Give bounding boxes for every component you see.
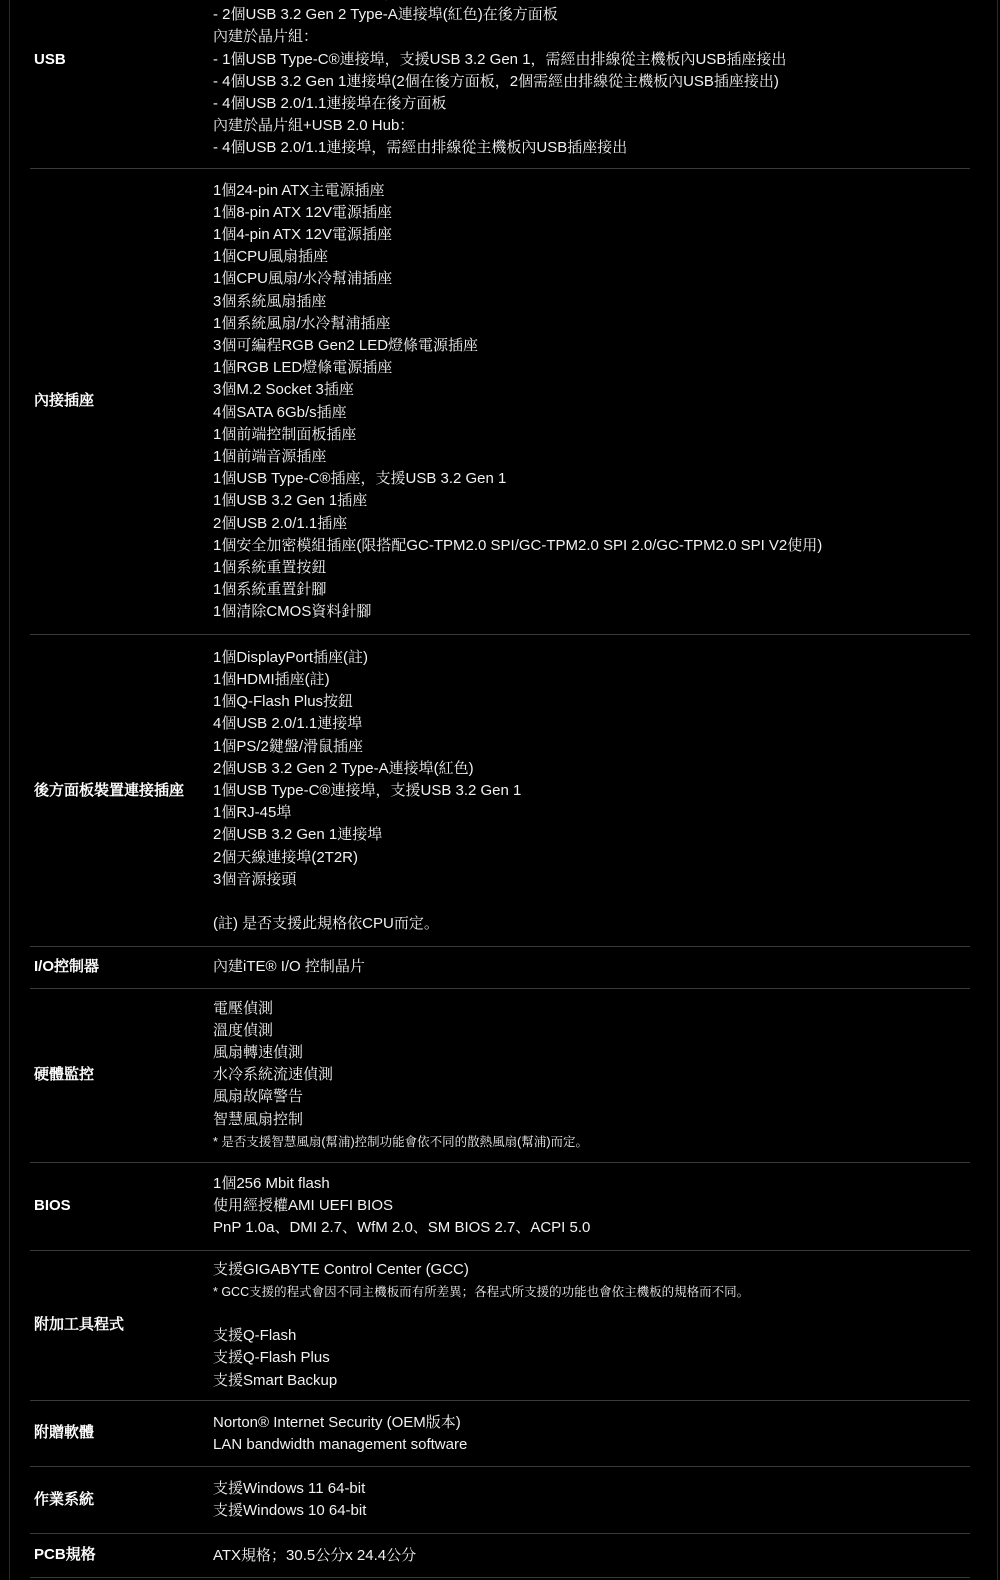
spec-line: 電壓偵測	[213, 998, 967, 1020]
spec-line: 內建iTE® I/O 控制晶片	[213, 956, 967, 978]
spec-line: 1個CPU風扇/水冷幫浦插座	[213, 268, 967, 290]
spec-row-hw-monitor: 硬體監控電壓偵測溫度偵測風扇轉速偵測水冷系統流速偵測風扇故障警告智慧風扇控制* …	[10, 989, 997, 1162]
spec-line: - 4個USB 3.2 Gen 1連接埠(2個在後方面板，2個需經由排線從主機板…	[213, 71, 967, 93]
spec-line: PnP 1.0a、DMI 2.7、WfM 2.0、SM BIOS 2.7、ACP…	[213, 1217, 967, 1239]
spec-label-bundled-software: 附贈軟體	[10, 1422, 213, 1444]
spec-label-pcb: PCB規格	[10, 1544, 213, 1566]
spec-line: 1個RJ-45埠	[213, 802, 967, 824]
spec-label-usb: USB	[10, 49, 213, 71]
spec-line: 1個前端控制面板插座	[213, 424, 967, 446]
spec-line	[213, 891, 967, 913]
spec-line: Norton® Internet Security (OEM版本)	[213, 1412, 967, 1434]
spec-line: 1個DisplayPort插座(註)	[213, 647, 967, 669]
spec-line: 1個前端音源插座	[213, 446, 967, 468]
spec-content-bios: 1個256 Mbit flash使用經授權AMI UEFI BIOSPnP 1.…	[213, 1163, 997, 1250]
spec-line: 3個系統風扇插座	[213, 291, 967, 313]
spec-line: 2個USB 3.2 Gen 1連接埠	[213, 824, 967, 846]
row-divider	[30, 1577, 970, 1578]
spec-page: { "page": { "colors": { "background": "#…	[0, 0, 1000, 1580]
spec-content-usb: - 1個USB Type-C®連接埠，支援USB 3.2 Gen 2，在後方面板…	[213, 0, 997, 168]
spec-label-hw-monitor: 硬體監控	[10, 1064, 213, 1086]
spec-line: 溫度偵測	[213, 1020, 967, 1042]
spec-content-io-controller: 內建iTE® I/O 控制晶片	[213, 947, 997, 987]
spec-line: 1個256 Mbit flash	[213, 1173, 967, 1195]
spec-row-os: 作業系統支援Windows 11 64-bit支援Windows 10 64-b…	[10, 1467, 997, 1532]
spec-line: 3個音源接頭	[213, 869, 967, 891]
spec-row-internal-connectors: 內接插座1個24-pin ATX主電源插座1個8-pin ATX 12V電源插座…	[10, 169, 997, 634]
spec-content-utilities: 支援GIGABYTE Control Center (GCC)* GCC支援的程…	[213, 1251, 997, 1400]
spec-line: 1個系統重置針腳	[213, 579, 967, 601]
spec-line: 1個4-pin ATX 12V電源插座	[213, 224, 967, 246]
spec-row-io-controller: I/O控制器內建iTE® I/O 控制晶片	[10, 947, 997, 987]
spec-line: ATX規格；30.5公分x 24.4公分	[213, 1545, 967, 1567]
spec-line: 1個CPU風扇插座	[213, 246, 967, 268]
spec-line: * 是否支援智慧風扇(幫浦)控制功能會依不同的散熱風扇(幫浦)而定。	[213, 1131, 967, 1153]
spec-line: 1個USB Type-C®插座，支援USB 3.2 Gen 1	[213, 468, 967, 490]
spec-line: 支援Windows 10 64-bit	[213, 1500, 967, 1522]
spec-line: 3個可編程RGB Gen2 LED燈條電源插座	[213, 335, 967, 357]
spec-line: 內建於晶片組+USB 2.0 Hub：	[213, 115, 967, 137]
spec-line: 1個8-pin ATX 12V電源插座	[213, 202, 967, 224]
spec-row-bios: BIOS1個256 Mbit flash使用經授權AMI UEFI BIOSPn…	[10, 1163, 997, 1250]
spec-line: 1個USB 3.2 Gen 1插座	[213, 490, 967, 512]
spec-line: - 2個USB 3.2 Gen 2 Type-A連接埠(紅色)在後方面板	[213, 4, 967, 26]
spec-line: 2個USB 3.2 Gen 2 Type-A連接埠(紅色)	[213, 758, 967, 780]
spec-line: - 1個USB Type-C®連接埠，支援USB 3.2 Gen 1，需經由排線…	[213, 49, 967, 71]
spec-line: 1個清除CMOS資料針腳	[213, 601, 967, 623]
spec-line: 1個USB Type-C®連接埠，支援USB 3.2 Gen 1	[213, 780, 967, 802]
spec-line: 1個安全加密模組插座(限搭配GC-TPM2.0 SPI/GC-TPM2.0 SP…	[213, 535, 967, 557]
spec-line: 支援GIGABYTE Control Center (GCC)	[213, 1259, 967, 1281]
spec-table: USB- 1個USB Type-C®連接埠，支援USB 3.2 Gen 2，在後…	[9, 0, 998, 1580]
spec-row-rear-panel: 後方面板裝置連接插座1個DisplayPort插座(註)1個HDMI插座(註)1…	[10, 635, 997, 947]
spec-line: 使用經授權AMI UEFI BIOS	[213, 1195, 967, 1217]
spec-line: - 4個USB 2.0/1.1連接埠，需經由排線從主機板內USB插座接出	[213, 137, 967, 159]
spec-line: LAN bandwidth management software	[213, 1434, 967, 1456]
spec-line: 風扇轉速偵測	[213, 1042, 967, 1064]
spec-line: 支援Smart Backup	[213, 1370, 967, 1392]
spec-line: 3個M.2 Socket 3插座	[213, 379, 967, 401]
spec-label-utilities: 附加工具程式	[10, 1314, 213, 1336]
spec-content-bundled-software: Norton® Internet Security (OEM版本)LAN ban…	[213, 1401, 997, 1466]
spec-line: - 4個USB 2.0/1.1連接埠在後方面板	[213, 93, 967, 115]
spec-content-rear-panel: 1個DisplayPort插座(註)1個HDMI插座(註)1個Q-Flash P…	[213, 635, 997, 947]
spec-line: 水冷系統流速偵測	[213, 1064, 967, 1086]
spec-line: 1個系統重置按鈕	[213, 557, 967, 579]
spec-line: 4個USB 2.0/1.1連接埠	[213, 713, 967, 735]
spec-label-internal-connectors: 內接插座	[10, 390, 213, 412]
spec-line: 2個天線連接埠(2T2R)	[213, 847, 967, 869]
spec-line: 1個24-pin ATX主電源插座	[213, 180, 967, 202]
spec-line: 1個系統風扇/水冷幫浦插座	[213, 313, 967, 335]
spec-line: (註) 是否支援此規格依CPU而定。	[213, 913, 967, 935]
spec-content-os: 支援Windows 11 64-bit支援Windows 10 64-bit	[213, 1467, 997, 1532]
spec-line: 內建於晶片組：	[213, 26, 967, 48]
spec-line: 風扇故障警告	[213, 1086, 967, 1108]
spec-row-pcb: PCB規格ATX規格；30.5公分x 24.4公分	[10, 1534, 997, 1577]
spec-line: 1個HDMI插座(註)	[213, 669, 967, 691]
spec-line: 智慧風扇控制	[213, 1109, 967, 1131]
spec-content-hw-monitor: 電壓偵測溫度偵測風扇轉速偵測水冷系統流速偵測風扇故障警告智慧風扇控制* 是否支援…	[213, 989, 997, 1162]
spec-line: 1個RGB LED燈條電源插座	[213, 357, 967, 379]
spec-line: 4個SATA 6Gb/s插座	[213, 402, 967, 424]
spec-line: 2個USB 2.0/1.1插座	[213, 513, 967, 535]
spec-label-rear-panel: 後方面板裝置連接插座	[10, 780, 213, 802]
spec-content-internal-connectors: 1個24-pin ATX主電源插座1個8-pin ATX 12V電源插座1個4-…	[213, 169, 997, 634]
spec-line: 支援Q-Flash	[213, 1325, 967, 1347]
spec-line: 支援Q-Flash Plus	[213, 1347, 967, 1369]
spec-label-io-controller: I/O控制器	[10, 956, 213, 978]
spec-line: 1個PS/2鍵盤/滑鼠插座	[213, 736, 967, 758]
spec-label-os: 作業系統	[10, 1489, 213, 1511]
spec-line: * GCC支援的程式會因不同主機板而有所差異；各程式所支援的功能也會依主機板的規…	[213, 1281, 967, 1303]
spec-label-bios: BIOS	[10, 1195, 213, 1217]
spec-line: 支援Windows 11 64-bit	[213, 1478, 967, 1500]
spec-row-utilities: 附加工具程式支援GIGABYTE Control Center (GCC)* G…	[10, 1251, 997, 1400]
spec-row-bundled-software: 附贈軟體Norton® Internet Security (OEM版本)LAN…	[10, 1401, 997, 1466]
spec-row-usb: USB- 1個USB Type-C®連接埠，支援USB 3.2 Gen 2，在後…	[10, 0, 997, 168]
spec-line: 1個Q-Flash Plus按鈕	[213, 691, 967, 713]
spec-line	[213, 1303, 967, 1325]
spec-content-pcb: ATX規格；30.5公分x 24.4公分	[213, 1534, 997, 1577]
